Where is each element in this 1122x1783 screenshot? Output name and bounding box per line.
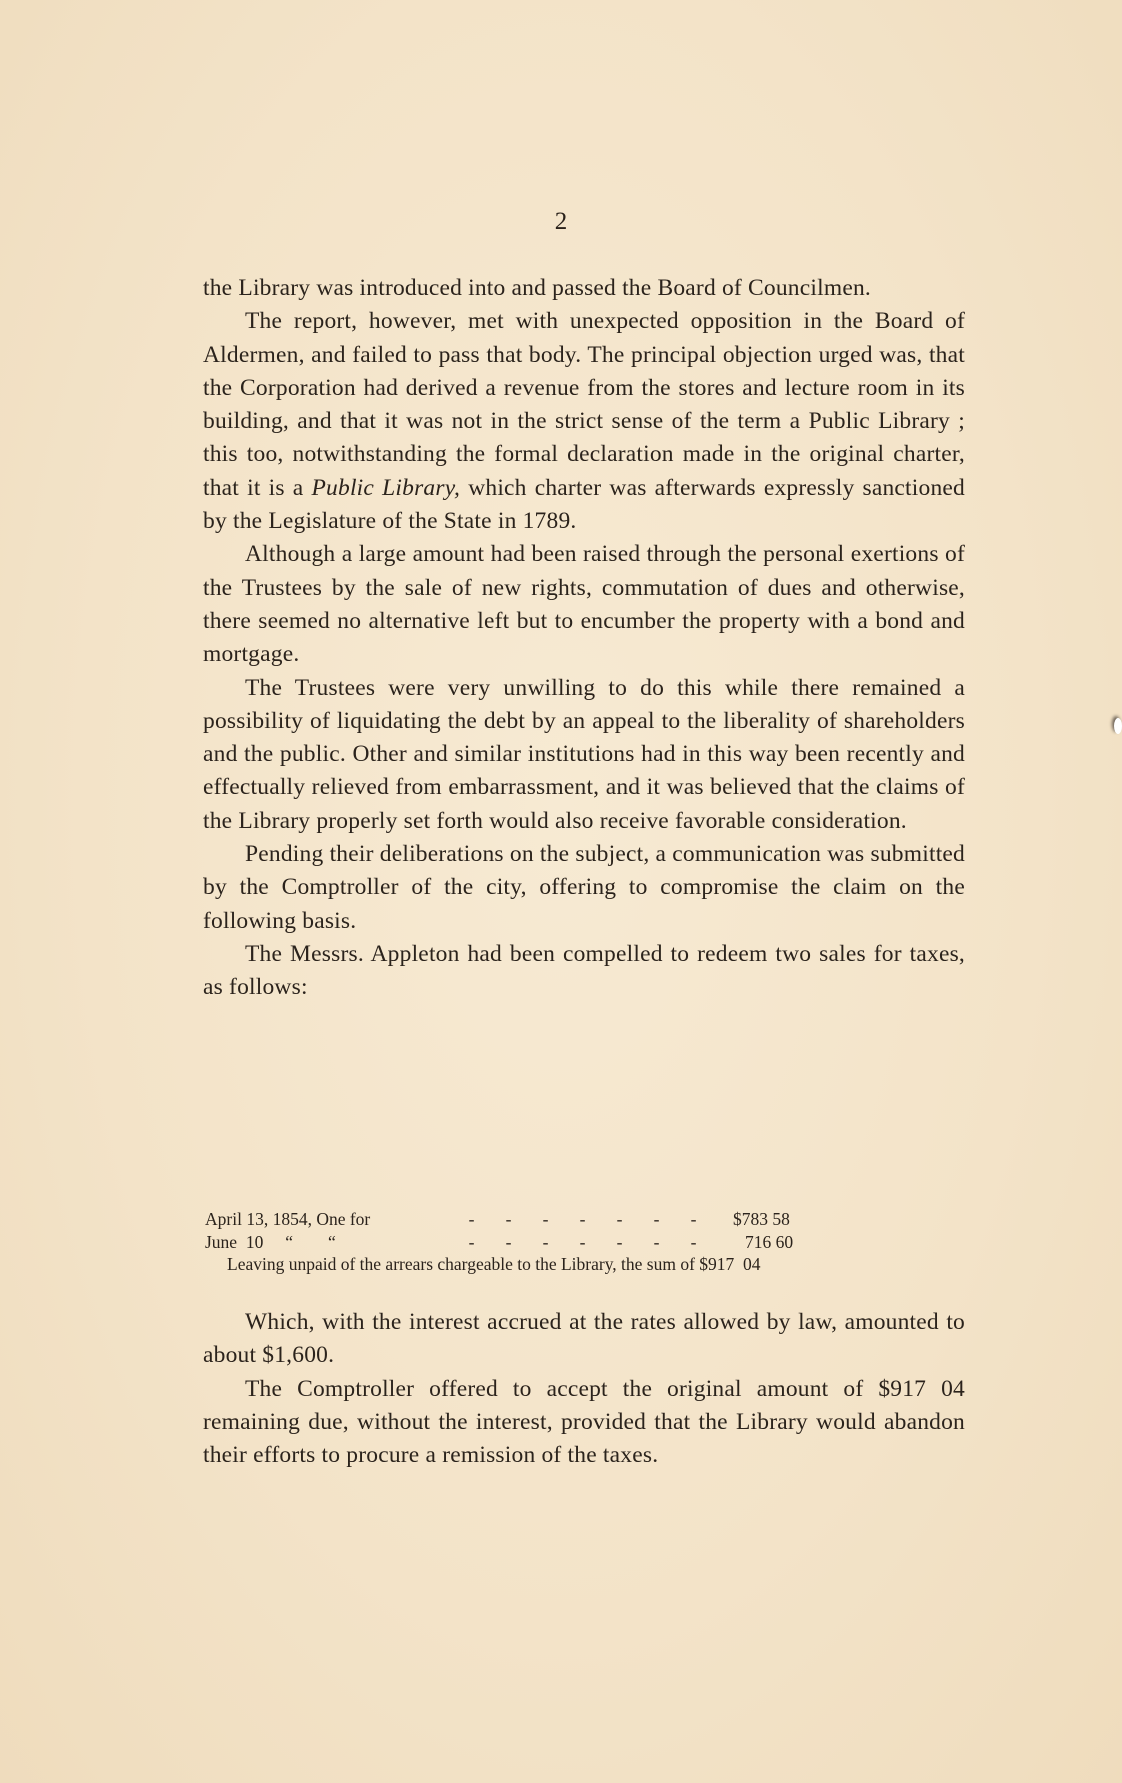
table-row: April 13, 1854, One for ------- $783 58 (205, 1208, 967, 1231)
dash: - (564, 1231, 601, 1254)
leader-dots: ------- (453, 1231, 913, 1254)
dash: - (453, 1208, 490, 1231)
dash: - (527, 1231, 564, 1254)
paragraph-appleton-taxes: The Messrs. Appleton had been compelled … (203, 938, 965, 1005)
dash: - (490, 1231, 527, 1254)
leader-dots: ------- (453, 1208, 913, 1231)
dash: - (675, 1208, 712, 1231)
table-row: June 10 “ “ ------- 716 60 (205, 1231, 967, 1254)
body-text-top: the Library was introduced into and pass… (203, 272, 965, 1005)
dash: - (490, 1208, 527, 1231)
paragraph-trustees-unwilling: The Trustees were very unwilling to do t… (203, 672, 965, 838)
tax-sales-table: April 13, 1854, One for ------- $783 58 … (205, 1208, 967, 1276)
summary-text: Leaving unpaid of the arrears chargeable… (227, 1253, 761, 1276)
row-label: June 10 “ “ (205, 1231, 336, 1254)
dash: - (675, 1231, 712, 1254)
row-label: April 13, 1854, One for (205, 1208, 370, 1231)
dash: - (527, 1208, 564, 1231)
row-amount: $783 58 (733, 1208, 790, 1231)
paragraph-interest: Which, with the interest accrued at the … (203, 1306, 965, 1373)
dash: - (564, 1208, 601, 1231)
italic-public-library: Public Library, (312, 475, 461, 501)
dash: - (638, 1231, 675, 1254)
row-amount: 716 60 (745, 1231, 793, 1254)
table-summary-row: Leaving unpaid of the arrears chargeable… (205, 1253, 967, 1276)
body-text-bottom: Which, with the interest accrued at the … (203, 1306, 965, 1472)
paragraph-comptroller-communication: Pending their deliberations on the subje… (203, 838, 965, 938)
paragraph-comptroller-offer: The Comptroller offered to accept the or… (203, 1373, 965, 1473)
paper-edge-speck (1114, 718, 1122, 734)
dash: - (453, 1231, 490, 1254)
dash: - (601, 1231, 638, 1254)
dash: - (638, 1208, 675, 1231)
dash: - (601, 1208, 638, 1231)
paragraph-mortgage: Although a large amount had been raised … (203, 538, 965, 671)
paragraph-report-opposition: The report, however, met with unexpected… (203, 305, 965, 538)
paragraph-continuation: the Library was introduced into and pass… (203, 272, 965, 305)
document-page: 2 the Library was introduced into and pa… (0, 0, 1122, 1783)
page-number: 2 (0, 208, 1122, 236)
paragraph-text: The report, however, met with unexpected… (203, 308, 965, 500)
